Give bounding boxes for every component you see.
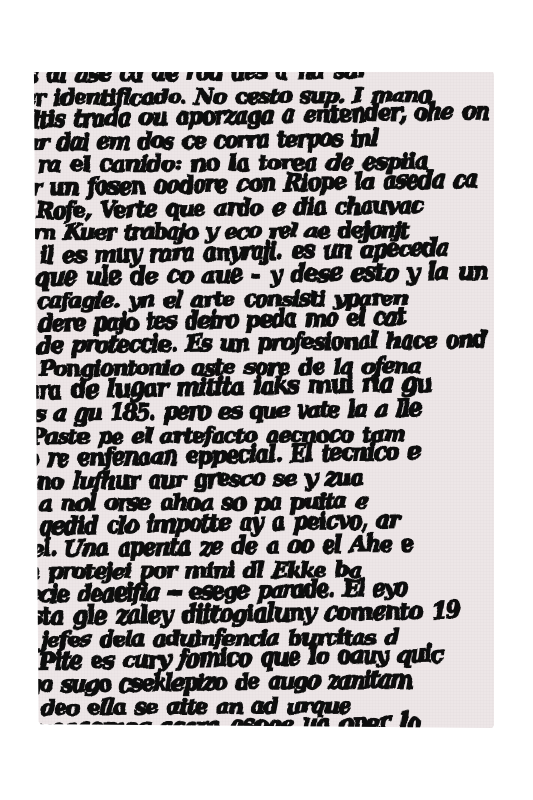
script-text-block: es al ase ca ae rod aes a nd sar per ide…: [33, 72, 494, 728]
handwritten-script-rug: es al ase ca ae rod aes a nd sar per ide…: [33, 72, 494, 728]
